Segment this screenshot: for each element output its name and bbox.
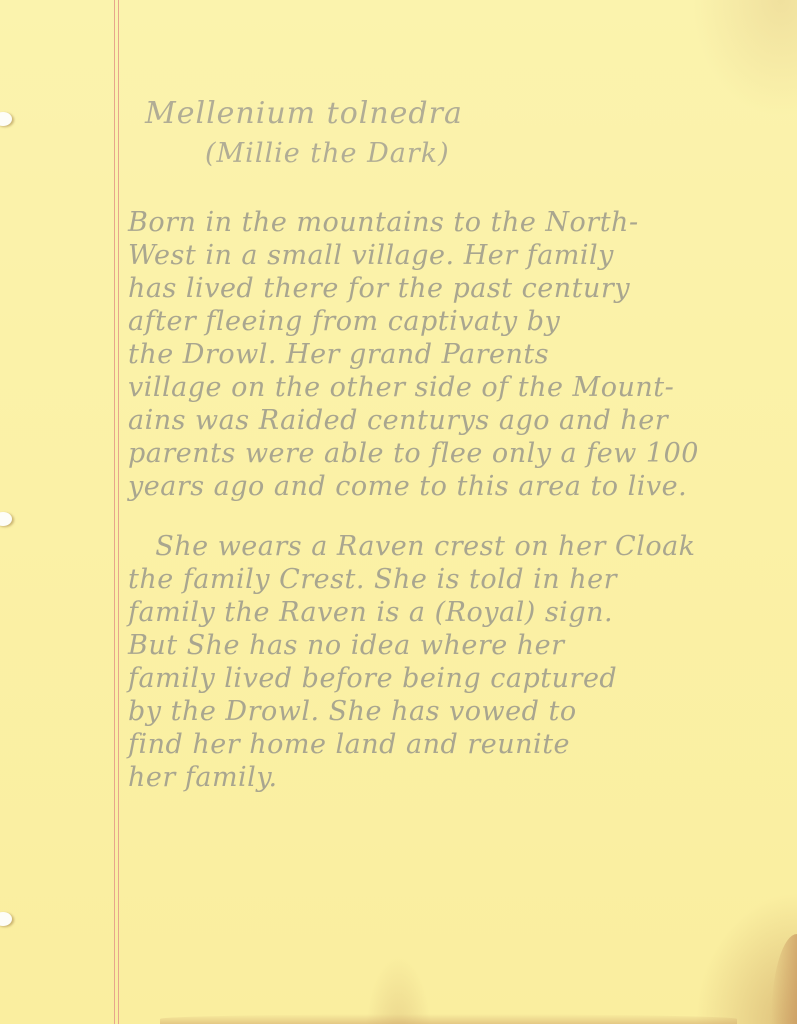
text-line: the Drowl. Her grand Parents bbox=[128, 339, 549, 371]
text-line: She wears a Raven crest on her Cloak bbox=[128, 531, 696, 563]
torn-punch-hole bbox=[0, 512, 12, 526]
text-line: village on the other side of the Mount- bbox=[128, 372, 674, 404]
text-line: West in a small village. Her family bbox=[128, 240, 614, 272]
notebook-page: Mellenium tolnedra (Millie the Dark) Bor… bbox=[0, 0, 797, 1024]
text-line: her family. bbox=[128, 762, 278, 794]
text-line: after fleeing from captivaty by bbox=[128, 306, 560, 338]
text-line: has lived there for the past century bbox=[128, 273, 630, 305]
paper-stain bbox=[771, 934, 797, 1024]
text-line: the family Crest. She is told in her bbox=[128, 564, 617, 596]
text-line: ains was Raided centurys ago and her bbox=[128, 405, 668, 437]
text-line: But She has no idea where her bbox=[128, 630, 565, 662]
torn-punch-hole bbox=[0, 112, 12, 126]
text-line: Born in the mountains to the North- bbox=[128, 207, 639, 239]
text-line: find her home land and reunite bbox=[128, 729, 570, 761]
torn-punch-hole bbox=[0, 912, 12, 926]
margin-line bbox=[118, 0, 119, 1024]
margin-line bbox=[114, 0, 115, 1024]
text-line: years ago and come to this area to live. bbox=[128, 471, 687, 503]
paper-stain bbox=[160, 1014, 737, 1024]
text-line: by the Drowl. She has vowed to bbox=[128, 696, 577, 728]
page-subtitle: (Millie the Dark) bbox=[205, 138, 450, 169]
text-line: family the Raven is a (Royal) sign. bbox=[128, 597, 613, 629]
page-title: Mellenium tolnedra bbox=[145, 96, 463, 131]
text-line: parents were able to flee only a few 100 bbox=[128, 438, 699, 470]
text-line: family lived before being captured bbox=[128, 663, 617, 695]
